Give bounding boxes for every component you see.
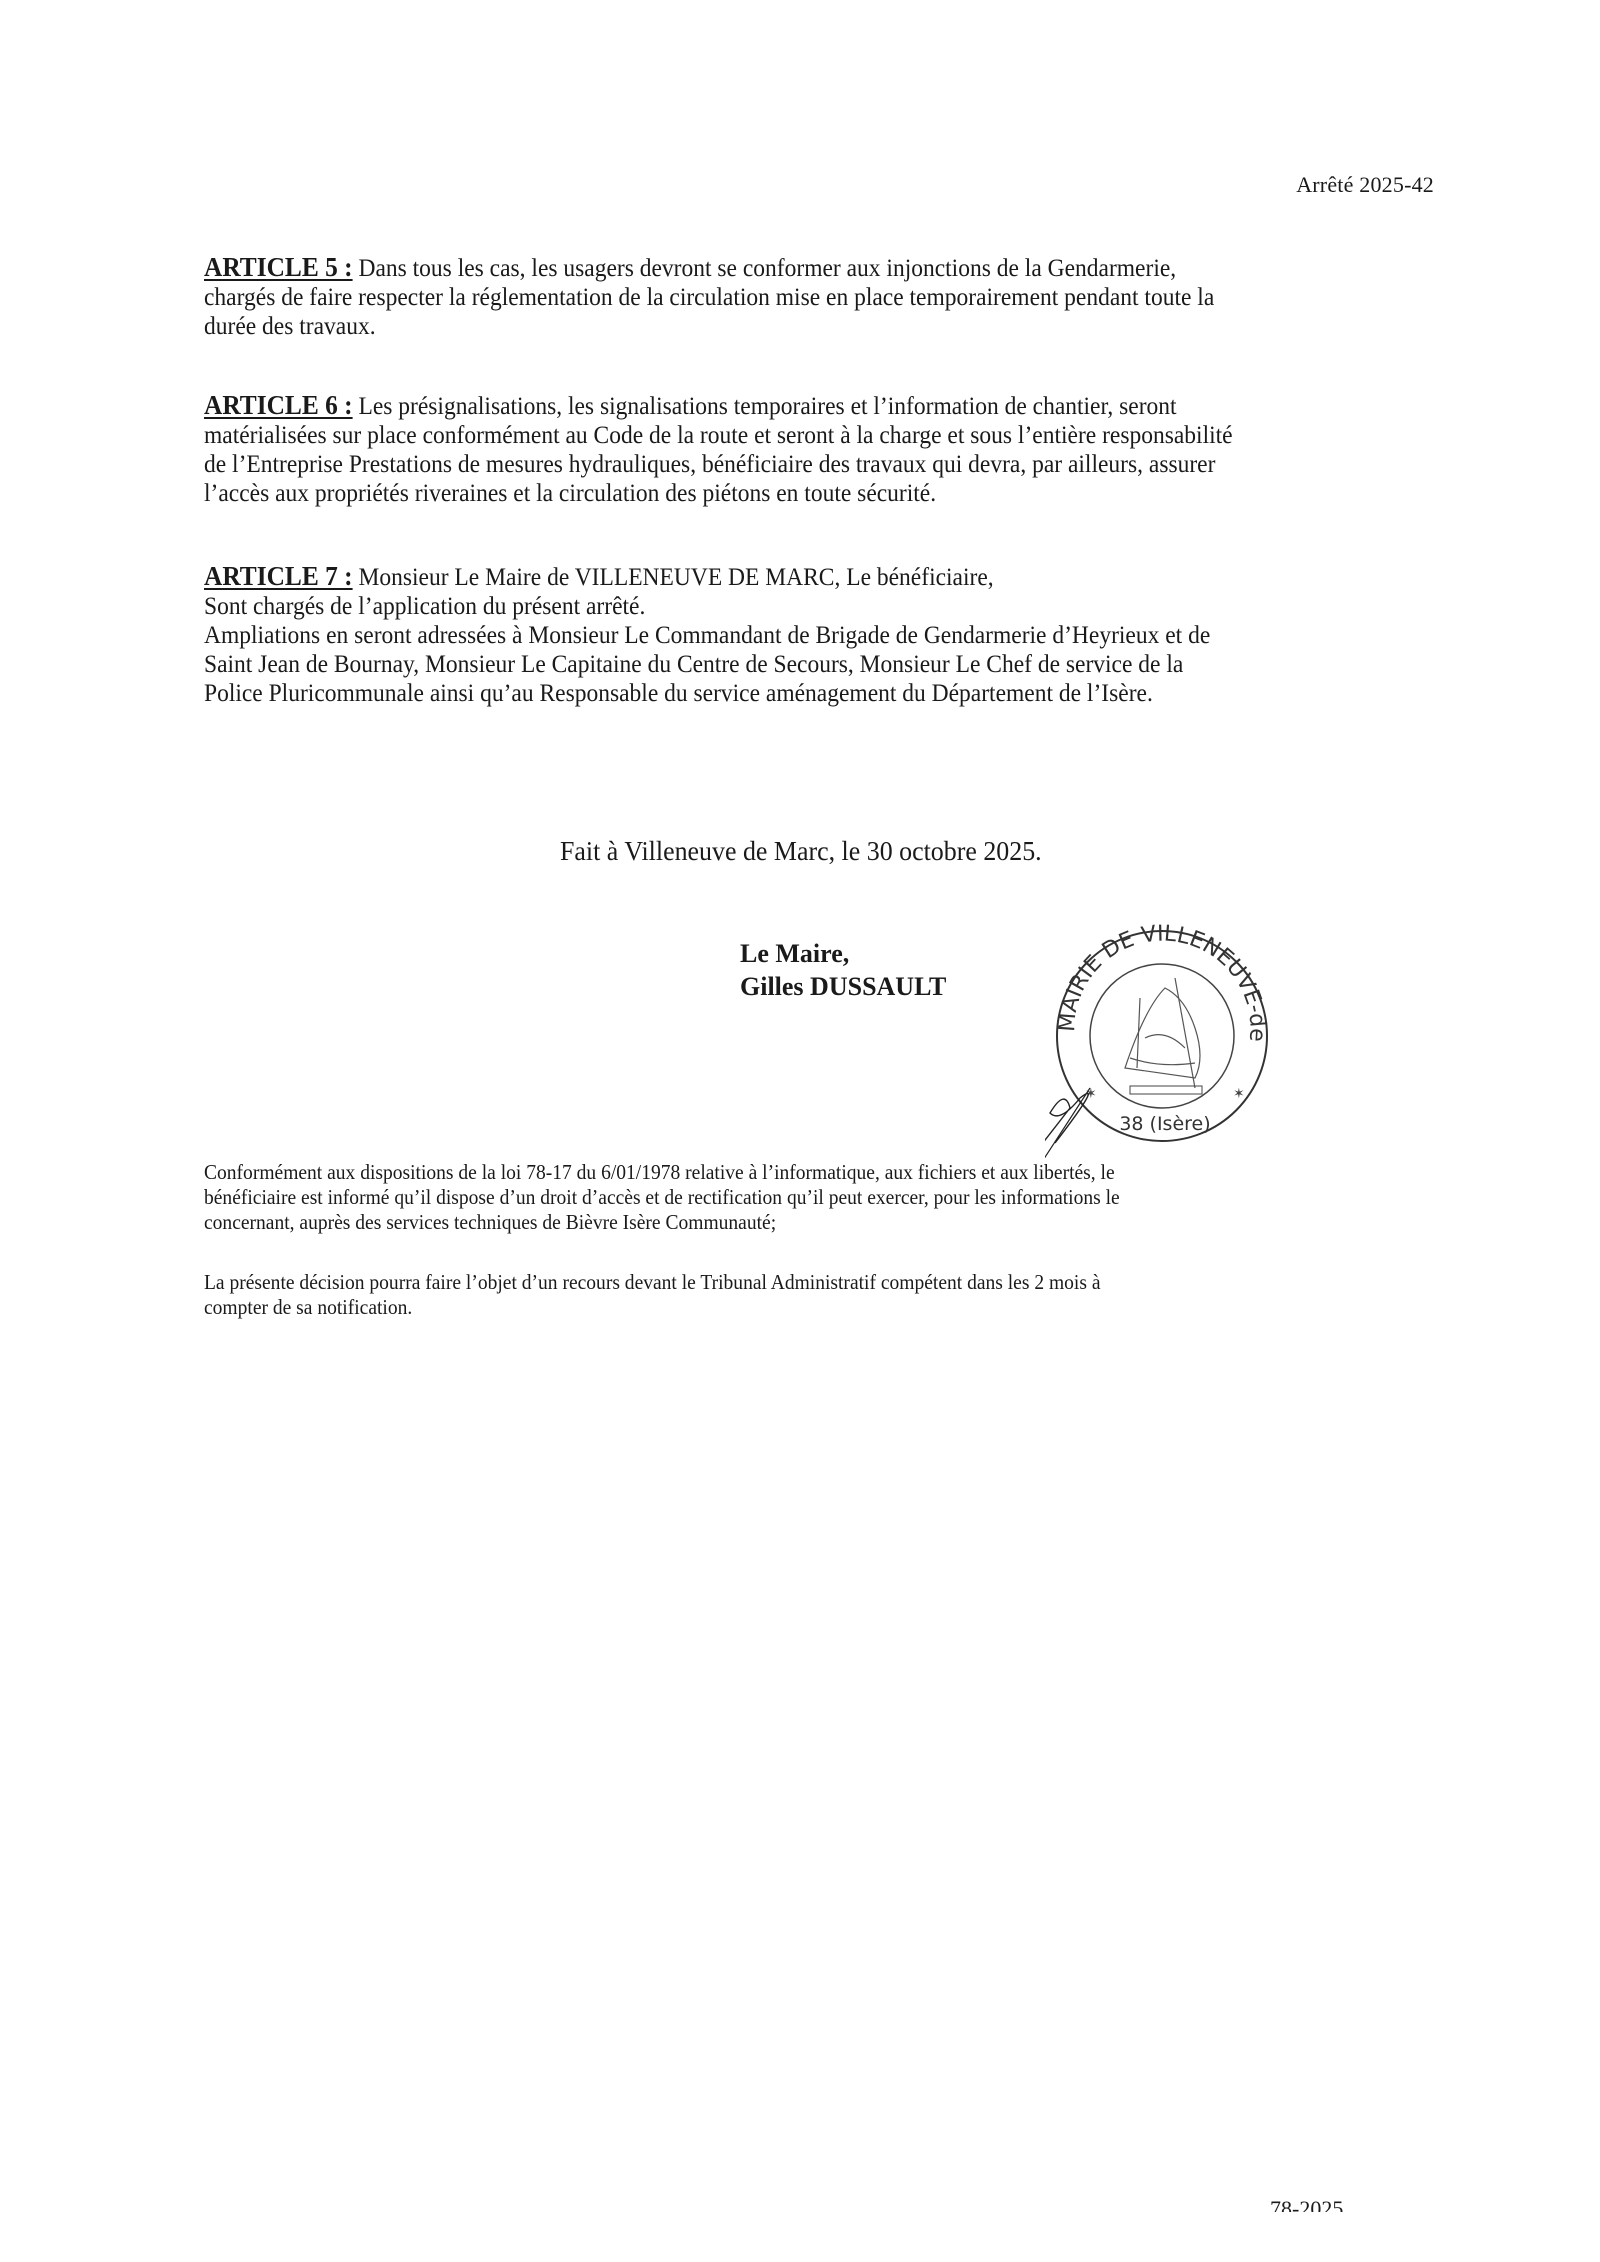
arrete-reference: Arrêté 2025-42 <box>1296 172 1434 198</box>
svg-text:MAIRIE DE VILLENEUVE-de-MARC: MAIRIE DE VILLENEUVE-de-MARC <box>1045 918 1270 1043</box>
article-7: ARTICLE 7 : Monsieur Le Maire de VILLENE… <box>204 562 1341 708</box>
article-6-heading: ARTICLE 6 : <box>204 390 353 420</box>
article-7-heading: ARTICLE 7 : <box>204 561 353 591</box>
document-page: Arrêté 2025-42 ARTICLE 5 : Dans tous les… <box>0 0 1600 2262</box>
mairie-stamp-icon: MAIRIE DE VILLENEUVE-de-MARC 38 (Isère) … <box>1045 918 1275 1158</box>
signatory-name: Gilles DUSSAULT <box>740 970 946 1003</box>
clipped-footer-number: 78-2025 <box>1270 2200 1343 2212</box>
signatory-block: Le Maire, Gilles DUSSAULT <box>740 937 946 1003</box>
article-5-heading: ARTICLE 5 : <box>204 252 353 282</box>
svg-text:✶: ✶ <box>1233 1087 1245 1102</box>
svg-text:38 (Isère): 38 (Isère) <box>1119 1113 1210 1135</box>
place-and-date: Fait à Villeneuve de Marc, le 30 octobre… <box>560 836 1042 867</box>
article-5: ARTICLE 5 : Dans tous les cas, les usage… <box>204 253 1341 341</box>
data-protection-notice: Conformément aux dispositions de la loi … <box>204 1160 1339 1235</box>
signatory-title: Le Maire, <box>740 937 946 970</box>
appeal-notice: La présente décision pourra faire l’obje… <box>204 1270 1339 1320</box>
article-6: ARTICLE 6 : Les présignalisations, les s… <box>204 391 1341 508</box>
